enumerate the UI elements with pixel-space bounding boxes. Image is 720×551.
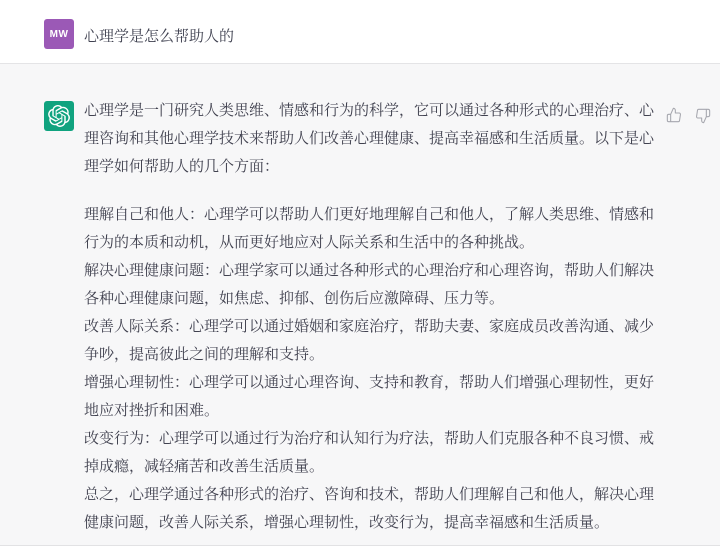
assistant-point: 改善人际关系：心理学可以通过婚姻和家庭治疗，帮助夫妻、家庭成员改善沟通、减少争吵… — [84, 313, 654, 369]
user-avatar-initials: MW — [50, 29, 69, 40]
user-avatar: MW — [44, 19, 74, 49]
openai-logo-icon — [48, 105, 70, 127]
thumbs-up-icon[interactable] — [666, 105, 682, 124]
assistant-message-row: 心理学是一门研究人类思维、情感和行为的科学，它可以通过各种形式的心理治疗、心理咨… — [0, 63, 720, 546]
assistant-avatar — [44, 101, 74, 131]
assistant-point: 解决心理健康问题：心理学家可以通过各种形式的心理治疗和心理咨询，帮助人们解决各种… — [84, 257, 654, 313]
thumbs-down-icon[interactable] — [695, 108, 711, 124]
user-message-text: 心理学是怎么帮助人的 — [84, 19, 234, 46]
assistant-intro-paragraph: 心理学是一门研究人类思维、情感和行为的科学，它可以通过各种形式的心理治疗、心理咨… — [84, 97, 654, 181]
feedback-buttons — [666, 105, 711, 124]
assistant-point: 增强心理韧性：心理学可以通过心理咨询、支持和教育，帮助人们增强心理韧性，更好地应… — [84, 369, 654, 425]
assistant-point: 理解自己和他人：心理学可以帮助人们更好地理解自己和他人，了解人类思维、情感和行为… — [84, 201, 654, 257]
assistant-point: 总之，心理学通过各种形式的治疗、咨询和技术，帮助人们理解自己和他人，解决心理健康… — [84, 481, 654, 537]
assistant-point: 改变行为：心理学可以通过行为治疗和认知行为疗法，帮助人们克服各种不良习惯、戒掉成… — [84, 425, 654, 481]
chat-page: MW 心理学是怎么帮助人的 心理学是一门研究人类思维、情感和行为的科学，它可以通… — [0, 0, 720, 551]
assistant-message-text: 心理学是一门研究人类思维、情感和行为的科学，它可以通过各种形式的心理治疗、心理咨… — [84, 97, 654, 537]
user-message-row: MW 心理学是怎么帮助人的 — [0, 0, 720, 63]
